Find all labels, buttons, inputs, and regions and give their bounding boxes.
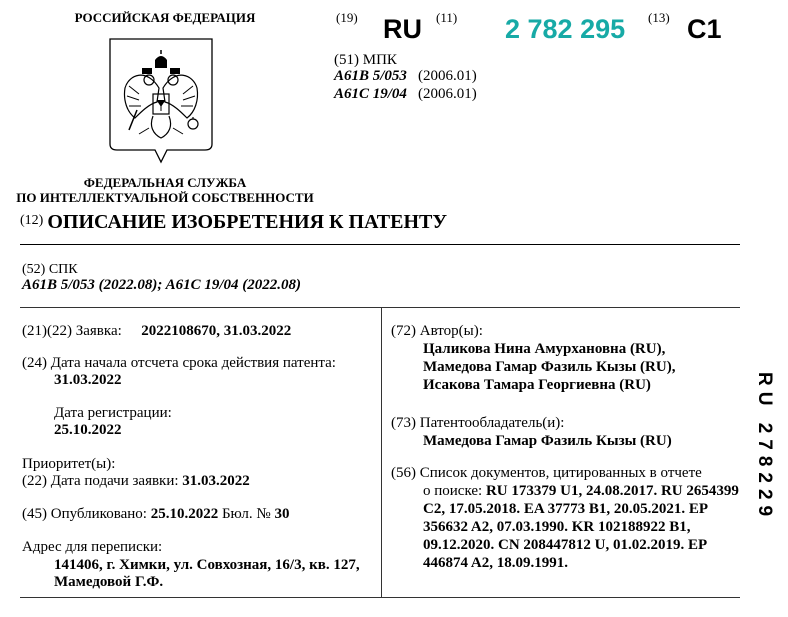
citations-line: о поиске: RU 173379 U1, 24.08.2017. RU 2… [391,483,739,500]
application-label: (21)(22) Заявка: [22,323,122,339]
ipc-version: (2006.01) [418,86,477,102]
term-start-label: (24) Дата начала отсчета срока действия … [22,355,336,372]
author-item: Мамедова Гамар Фазиль Кызы (RU), [391,359,675,376]
address-line-1: 141406, г. Химки, ул. Совхозная, 16/3, к… [22,557,360,574]
citations-label-cont: о поиске: [423,483,482,499]
table-top-rule [20,307,740,308]
published-label: (45) Опубликовано: [22,506,147,522]
ipc-version: (2006.01) [418,68,477,84]
table-bottom-rule-right [381,597,740,598]
title-rule [20,244,740,245]
kind-code: C1 [687,14,722,45]
owner-label: (73) Патентообладатель(и): [391,415,564,432]
registration-label: Дата регистрации: [22,405,172,422]
ipc-code: A61B 5/053 [334,68,418,85]
cpc-label: (52) СПК [22,262,78,278]
document-title: (12)ОПИСАНИЕ ИЗОБРЕТЕНИЯ К ПАТЕНТУ [20,211,447,234]
owner-value: Мамедова Гамар Фазиль Кызы (RU) [391,433,672,450]
author-item: Цаликова Нина Амурхановна (RU), [391,341,665,358]
citation-text: RU 173379 U1, 24.08.2017. RU 2654399 [486,483,739,499]
bulletin-label: Бюл. № [222,506,271,522]
ipc-code: A61C 19/04 [334,86,418,103]
application-value: 2022108670, 31.03.2022 [141,323,291,339]
agency-line-2: ПО ИНТЕЛЛЕКТУАЛЬНОЙ СОБСТВЕННОСТИ [0,190,330,205]
authors-label: (72) Автор(ы): [391,323,483,340]
inid-code-11: (11) [436,10,457,26]
ipc-label: (51) МПК [334,52,397,69]
registration-value: 25.10.2022 [22,422,122,439]
address-line-2: Мамедовой Г.Ф. [22,574,163,591]
ipc-entry: A61C 19/04(2006.01) [334,86,477,103]
inid-code-13: (13) [648,10,670,26]
application-field: (21)(22) Заявка: 2022108670, 31.03.2022 [22,323,291,340]
cpc-value: A61B 5/053 (2022.08); A61C 19/04 (2022.0… [22,277,301,294]
country-name: РОССИЙСКАЯ ФЕДЕРАЦИЯ [0,10,330,26]
citations-label: (56) Список документов, цитированных в о… [391,465,702,482]
citation-text: C2, 17.05.2018. EA 37773 B1, 20.05.2021.… [391,501,708,518]
inid-code-12: (12) [20,213,43,228]
ipc-entry: A61B 5/053(2006.01) [334,68,477,85]
agency-name: ФЕДЕРАЛЬНАЯ СЛУЖБА ПО ИНТЕЛЛЕКТУАЛЬНОЙ С… [0,175,330,205]
side-patent-number: RU 278229 [752,372,776,612]
country-code: RU [383,14,422,45]
citation-text: 09.12.2020. CN 208447812 U, 01.02.2019. … [391,537,707,554]
column-divider [381,307,382,597]
inid-code-19: (19) [336,10,358,26]
patent-number: 2 782 295 [505,14,625,45]
citation-text: 356632 A2, 07.03.1990. KR 102188922 B1, [391,519,691,536]
agency-line-1: ФЕДЕРАЛЬНАЯ СЛУЖБА [0,175,330,190]
bulletin-value: 30 [274,506,289,522]
author-item: Исакова Тамара Георгиевна (RU) [391,377,651,394]
published-value: 25.10.2022 [151,506,219,522]
citation-text: 446874 A2, 18.09.1991. [391,555,568,572]
published-field: (45) Опубликовано: 25.10.2022 Бюл. № 30 [22,506,289,523]
term-start-value: 31.03.2022 [22,372,122,389]
filing-date-label: (22) Дата подачи заявки: [22,473,179,489]
table-bottom-rule-left [20,597,381,598]
title-text: ОПИСАНИЕ ИЗОБРЕТЕНИЯ К ПАТЕНТУ [47,211,447,233]
coat-of-arms-icon [109,38,213,164]
priority-label: Приоритет(ы): [22,456,115,473]
address-label: Адрес для переписки: [22,539,162,556]
filing-date-value: 31.03.2022 [182,473,250,489]
filing-date-field: (22) Дата подачи заявки: 31.03.2022 [22,473,250,490]
